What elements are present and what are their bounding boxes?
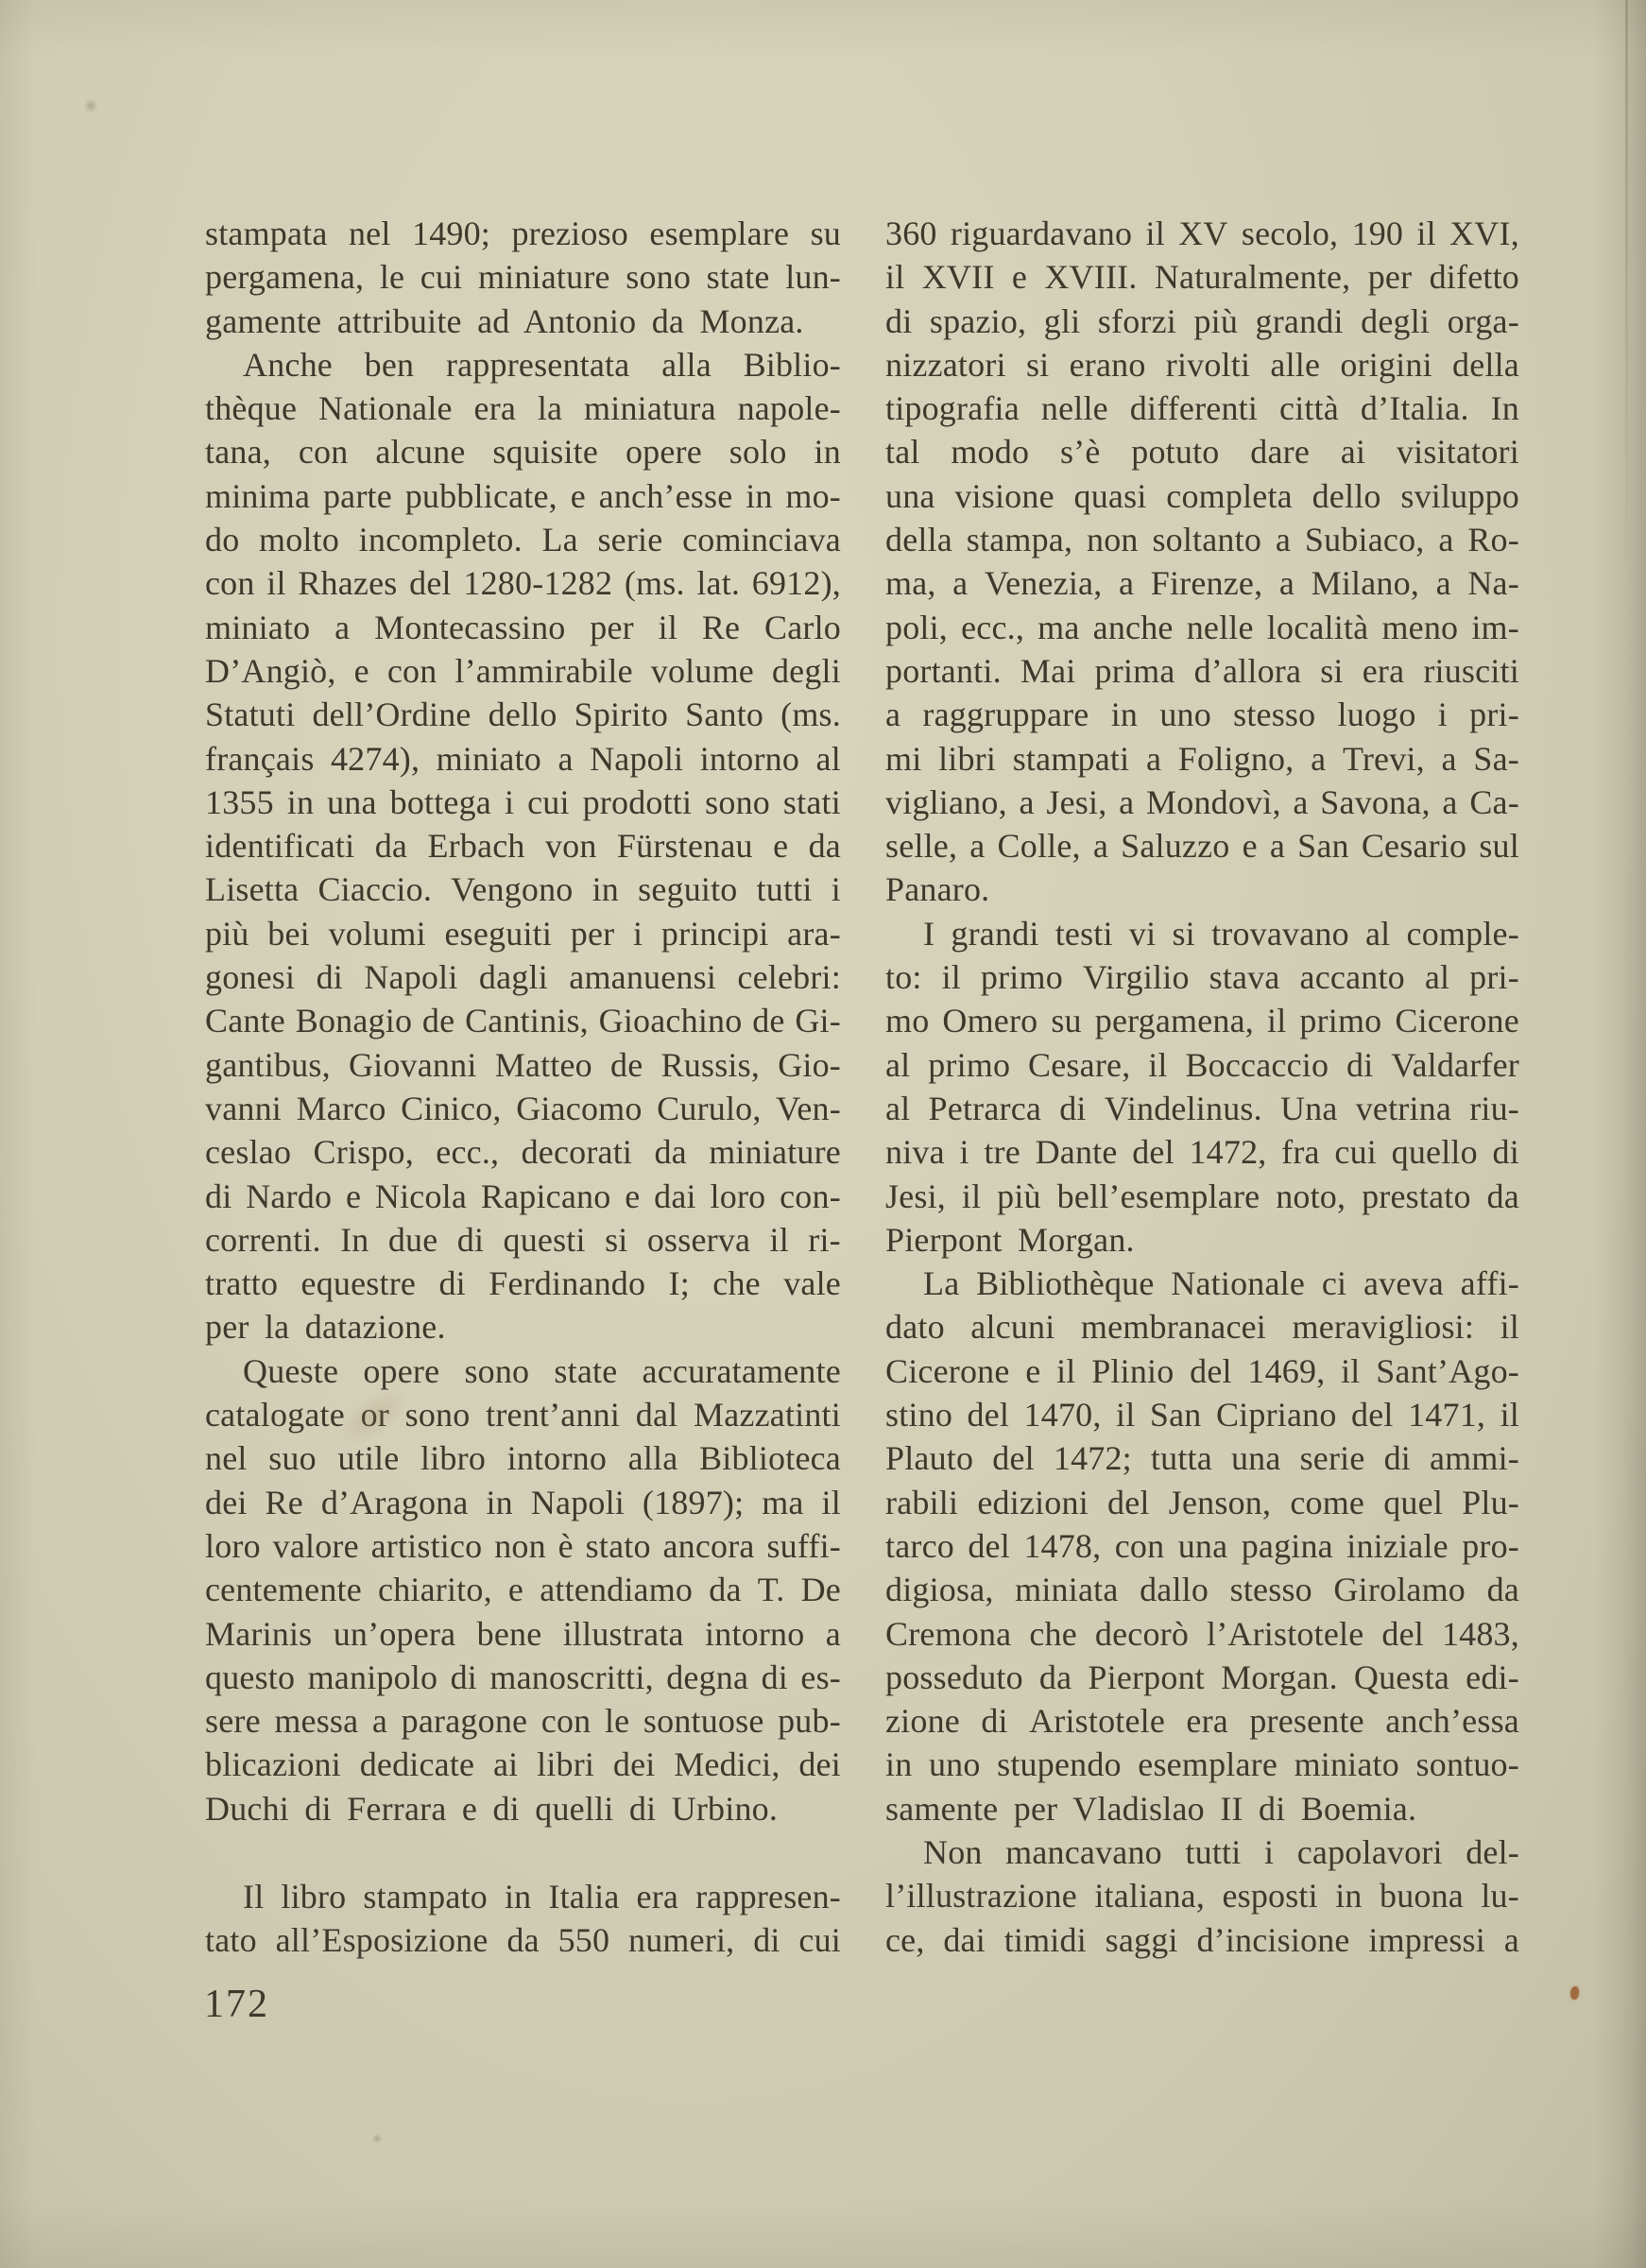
text-line: Marinisun’operabeneillustrataintornoa	[205, 1612, 841, 1656]
word: Firenze,	[1151, 561, 1263, 605]
word: valore	[273, 1524, 359, 1568]
book-page-photo: { "colors": { "paper": "#d4d0b8", "ink":…	[0, 0, 1646, 2268]
word: or	[361, 1393, 389, 1436]
word: serie	[597, 518, 662, 561]
word: dai	[943, 1918, 986, 1962]
word: in	[885, 1743, 912, 1786]
word: stati	[783, 781, 841, 824]
word: e	[773, 824, 788, 868]
word: i	[1264, 1830, 1274, 1874]
word: decorati	[522, 1130, 633, 1174]
word: pri-	[1469, 955, 1519, 999]
word: origini	[1340, 343, 1432, 387]
word: Cremona	[885, 1612, 1011, 1656]
word: Anche	[243, 343, 333, 387]
word: molto	[259, 518, 339, 561]
word: dello	[1312, 474, 1381, 518]
word: Montecassino	[374, 606, 565, 649]
word: ma	[1037, 606, 1079, 649]
word: dello	[489, 693, 557, 736]
word: il	[266, 561, 285, 605]
word: Cicerone	[885, 1349, 1010, 1393]
word: dei	[613, 1743, 656, 1786]
word: pub-	[778, 1699, 841, 1743]
word: suffi-	[766, 1524, 841, 1568]
word: libri	[938, 737, 996, 781]
word: ecc.,	[961, 606, 1024, 649]
word: Il	[243, 1875, 264, 1918]
word: di	[457, 1218, 484, 1262]
word: vale	[783, 1262, 841, 1305]
word: in	[592, 868, 619, 911]
word: del	[1190, 1349, 1232, 1393]
word: Fürstenau	[617, 824, 753, 868]
word: ma	[762, 1481, 803, 1524]
word: blicazioni	[205, 1743, 341, 1786]
text-line: ceslaoCrispo,ecc.,decoratidaminiature	[205, 1130, 841, 1174]
word: prezioso	[511, 212, 628, 255]
word: si	[605, 1218, 627, 1262]
word: 190	[1352, 212, 1404, 255]
word: vetrina	[1356, 1087, 1451, 1130]
word: 1483,	[1442, 1612, 1519, 1656]
word: stato	[586, 1524, 651, 1568]
text-line: digiosa,miniatadallostessoGirolamoda	[885, 1568, 1519, 1611]
word: Re	[266, 1481, 303, 1524]
word: 1280-1282	[463, 561, 612, 605]
word: stesso	[1230, 1568, 1312, 1611]
word: a	[1093, 824, 1108, 868]
text-line: 360riguardavanoilXVsecolo,190ilXVI,	[885, 212, 1519, 255]
word: principi	[661, 912, 769, 955]
word: alla	[661, 343, 712, 387]
word: ai	[1341, 430, 1365, 473]
word: Napoli	[590, 737, 683, 781]
paper-rust-speck	[1570, 1986, 1579, 2000]
word: da	[654, 1130, 686, 1174]
word: testi	[1055, 912, 1113, 955]
word: Spirito	[574, 693, 668, 736]
word: Subiaco,	[1305, 518, 1425, 561]
word: mo	[885, 999, 929, 1042]
word: centemente	[205, 1568, 362, 1611]
word: da	[506, 1918, 539, 1962]
word: Na-	[1467, 561, 1519, 605]
word: sono	[705, 781, 770, 824]
word: dei	[205, 1481, 248, 1524]
word: amanuensi	[569, 955, 716, 999]
text-line: correnti.Induediquestisiosservailri-	[205, 1218, 841, 1262]
word: in	[505, 1875, 531, 1918]
word: La	[541, 518, 577, 561]
word: digiosa,	[885, 1568, 994, 1611]
word: sul	[1479, 824, 1519, 868]
paper-speck	[372, 2134, 382, 2143]
word: visitatori	[1397, 430, 1519, 473]
word: e	[625, 1175, 640, 1218]
word: miniato	[1295, 1743, 1399, 1786]
word: de	[752, 999, 784, 1042]
word: stesso	[1233, 693, 1315, 736]
word: chiarito,	[378, 1568, 492, 1611]
word: per	[571, 912, 615, 955]
word: completa	[1166, 474, 1293, 518]
word: di	[1384, 1436, 1411, 1480]
text-column-left: stampatanel1490;preziosoesemplaresuperga…	[205, 212, 841, 1963]
word: stino	[885, 1393, 952, 1436]
word: di	[762, 1656, 788, 1699]
word: Giovanni	[349, 1043, 477, 1087]
word: Vindelinus.	[1105, 1087, 1262, 1130]
word: sono	[626, 255, 691, 299]
word: d’Italia.	[1361, 387, 1469, 430]
word: Mondovì,	[1146, 781, 1281, 824]
word: Nicola	[375, 1175, 467, 1218]
text-line: nizzatorisieranorivoltialleoriginidella	[885, 343, 1519, 387]
word: state	[554, 1349, 617, 1393]
word: d’allora	[1194, 649, 1302, 693]
word: i	[633, 912, 643, 955]
word: XVI,	[1449, 212, 1519, 255]
word: in	[746, 474, 772, 518]
word: 1478,	[1023, 1524, 1101, 1568]
word: da	[1487, 1175, 1519, 1218]
word: le	[380, 255, 404, 299]
word: a	[1119, 781, 1134, 824]
word: stampati	[1013, 737, 1130, 781]
word: esemplare	[1138, 1743, 1277, 1786]
word: 360	[885, 212, 937, 255]
word: ammi-	[1430, 1436, 1519, 1480]
text-line: vanniMarcoCinico,GiacomoCurulo,Ven-	[205, 1087, 841, 1130]
word: Marco	[297, 1087, 386, 1130]
word: Ven-	[776, 1087, 841, 1130]
word: intorno	[700, 737, 799, 781]
word: primo	[1299, 999, 1381, 1042]
word: secolo,	[1242, 212, 1338, 255]
word: erano	[1070, 343, 1146, 387]
word: Dante	[1036, 1130, 1118, 1174]
text-line: seremessaaparagoneconlesontuosepub-	[205, 1699, 841, 1743]
word: stupendo	[997, 1743, 1122, 1786]
word: grandi	[1256, 300, 1344, 343]
word: osserva	[647, 1218, 750, 1262]
word: degli	[1361, 300, 1430, 343]
word: numeri,	[628, 1918, 734, 1962]
text-line: Statutidell’OrdinedelloSpiritoSanto(ms.	[205, 693, 841, 736]
word: e	[1025, 1349, 1040, 1393]
word: il	[1416, 212, 1435, 255]
word: Queste	[243, 1349, 338, 1393]
word: Cinico,	[401, 1087, 501, 1130]
text-line: to:ilprimoVirgiliostavaaccantoalpri-	[885, 955, 1519, 999]
word: stampata	[205, 212, 328, 255]
word: da	[1487, 1568, 1519, 1611]
word: Valdarfer	[1391, 1043, 1519, 1087]
word: affi-	[1461, 1262, 1519, 1305]
word: le	[605, 1699, 629, 1743]
word: due	[388, 1218, 438, 1262]
word: di	[205, 1175, 231, 1218]
word: uno	[929, 1743, 981, 1786]
word: trent’anni	[486, 1393, 620, 1436]
word: potuto	[1131, 430, 1219, 473]
word: una	[327, 781, 377, 824]
word: meno	[1381, 606, 1458, 649]
text-line: moOmerosupergamena,ilprimoCicerone	[885, 999, 1519, 1042]
word: dei	[798, 1743, 841, 1786]
word: membranacei	[1081, 1305, 1266, 1349]
text-line: unavisionequasicompletadellosviluppo	[885, 474, 1519, 518]
word: il	[1146, 212, 1165, 255]
word: modo	[951, 430, 1029, 473]
word: tutta	[1151, 1436, 1212, 1480]
word: stampa,	[967, 518, 1072, 561]
word: eseguiti	[444, 912, 552, 955]
word: si	[1320, 649, 1343, 693]
word: miniature	[478, 255, 610, 299]
word: del-	[1466, 1830, 1519, 1874]
word: ancora	[662, 1524, 754, 1568]
word: Giacomo	[516, 1087, 642, 1130]
word: Pierpont	[1088, 1656, 1205, 1699]
word: i	[959, 1130, 969, 1174]
word: pro-	[1462, 1524, 1519, 1568]
text-line: Plautodel1472;tuttaunaseriediammi-	[885, 1436, 1519, 1480]
text-line: tarcodel1478,conunapaginainizialepro-	[885, 1524, 1519, 1568]
word: Jesi,	[885, 1175, 946, 1218]
word: 1472,	[1189, 1130, 1266, 1174]
word: mancavano	[1005, 1830, 1162, 1874]
word: 550	[558, 1918, 610, 1962]
word: in	[814, 430, 841, 473]
text-line: zionediAristoteleerapresenteanch’essa	[885, 1699, 1519, 1743]
word: s’è	[1060, 430, 1101, 473]
word: I	[923, 912, 934, 955]
word: di	[1493, 1130, 1519, 1174]
word: al	[816, 737, 841, 781]
text-line: Jesi,ilpiùbell’esemplarenoto,prestatoda	[885, 1175, 1519, 1218]
word: con	[541, 1699, 592, 1743]
word: Nationale	[1171, 1262, 1305, 1305]
word: Foligno,	[1178, 737, 1295, 781]
word: riusciti	[1423, 649, 1519, 693]
word: località	[1267, 606, 1369, 649]
word: (1897);	[643, 1481, 744, 1524]
word: di	[451, 1656, 477, 1699]
word: gantibus,	[205, 1043, 331, 1087]
word: ecc.,	[436, 1130, 499, 1174]
word: Milano,	[1312, 561, 1419, 605]
word: lun-	[785, 255, 841, 299]
word: tutti	[757, 868, 813, 911]
word: quello	[1392, 1130, 1478, 1174]
word: Virgilio	[1083, 955, 1190, 999]
text-line: CanteBonagiodeCantinis,GioachinodeGi-	[205, 999, 841, 1042]
word: Questa	[1354, 1656, 1449, 1699]
word: volume	[651, 649, 754, 693]
text-line: AnchebenrappresentataallaBiblio-	[205, 343, 841, 387]
word: messa	[274, 1699, 358, 1743]
word: da	[375, 824, 407, 868]
word: dallo	[1140, 1568, 1209, 1611]
word: in	[1111, 693, 1138, 736]
word: al	[1365, 912, 1390, 955]
word: to:	[885, 955, 922, 999]
word: Cipriano	[1216, 1393, 1337, 1436]
word: in	[486, 1481, 512, 1524]
text-line: poli,ecc.,maanchenellelocalitàmenoim-	[885, 606, 1519, 649]
word: artistico	[371, 1524, 483, 1568]
word: illustrata	[563, 1612, 684, 1656]
word: era	[637, 1875, 679, 1918]
word: miniata	[1015, 1568, 1118, 1611]
word: a	[557, 737, 573, 781]
word: esemplare	[649, 212, 789, 255]
word: cui	[527, 781, 570, 824]
word: non	[1087, 518, 1139, 561]
word: incompleto.	[359, 518, 523, 561]
word: Matteo	[495, 1043, 592, 1087]
word: a	[1436, 561, 1451, 605]
text-line: Pierpont Morgan.	[885, 1218, 1519, 1262]
word: grandi	[951, 912, 1038, 955]
word: XVIII.	[1044, 255, 1137, 299]
word: e	[508, 1568, 523, 1611]
word: sono	[464, 1349, 529, 1393]
word: Jesi,	[1046, 781, 1106, 824]
word: orga-	[1448, 300, 1519, 343]
word: squisite	[492, 430, 598, 473]
word: sviluppo	[1400, 474, 1519, 518]
word: Marinis	[205, 1612, 312, 1656]
word: questo	[205, 1656, 295, 1699]
word: nelle	[1187, 606, 1254, 649]
word: Cesario	[1362, 824, 1466, 868]
word: del	[1351, 1393, 1394, 1436]
word: San	[1150, 1393, 1202, 1436]
word: uno	[1159, 693, 1211, 736]
word: Statuti	[205, 693, 295, 736]
word: che	[712, 1262, 761, 1305]
word: loro	[205, 1524, 261, 1568]
word: Nationale	[318, 387, 453, 430]
word: di	[1059, 1087, 1086, 1130]
text-line: questomanipolodimanoscritti,degnadies-	[205, 1656, 841, 1699]
word: In	[340, 1218, 369, 1262]
word: il	[770, 1218, 789, 1262]
word: dagli	[479, 955, 548, 999]
text-line: centementechiarito,eattendiamodaT.De	[205, 1568, 841, 1611]
word: il	[942, 955, 961, 999]
word: ara-	[787, 912, 841, 955]
word: della	[1452, 343, 1519, 387]
word: Omero	[942, 999, 1037, 1042]
word: do	[205, 518, 239, 561]
text-line: alprimoCesare,ilBoccacciodiValdarfer	[885, 1043, 1519, 1087]
word: prodotti	[583, 781, 693, 824]
word: pri-	[1469, 693, 1519, 736]
word: Trevi,	[1343, 737, 1425, 781]
word: 1472;	[1054, 1436, 1132, 1480]
text-line: diNardoeNicolaRapicanoedailorocon-	[205, 1175, 841, 1218]
word: una	[1178, 1524, 1228, 1568]
word: pergamena,	[1095, 999, 1254, 1042]
word: intorno	[705, 1612, 804, 1656]
word: dai	[654, 1175, 696, 1218]
word: libro	[420, 1436, 486, 1480]
word: come	[1290, 1481, 1364, 1524]
word: vi	[1129, 912, 1156, 955]
word: pergamena,	[205, 255, 364, 299]
word: libro	[281, 1875, 346, 1918]
word: il	[659, 606, 677, 649]
text-line: portanti.Maiprimad’allorasierariusciti	[885, 649, 1519, 693]
word: rappresen-	[695, 1875, 841, 1918]
word: presente	[1249, 1699, 1364, 1743]
paper-speck	[83, 98, 98, 113]
word: attendiamo	[540, 1568, 693, 1611]
text-line: dispazio,glisforzipiùgrandidegliorga-	[885, 300, 1519, 343]
word: ce,	[885, 1918, 925, 1962]
word: il	[1267, 999, 1286, 1042]
word: 6912),	[752, 561, 841, 605]
text-line: ilXVIIeXVIII.Naturalmente,perdifetto	[885, 255, 1519, 299]
word: più	[1193, 300, 1238, 343]
word: di	[885, 300, 912, 343]
word: Savona,	[1320, 781, 1430, 824]
word: dal	[636, 1393, 678, 1436]
word: rivolti	[1166, 343, 1250, 387]
word: Cicerone	[1395, 999, 1519, 1042]
word: visione	[954, 474, 1054, 518]
word: a	[334, 606, 350, 649]
word: ma,	[885, 561, 936, 605]
text-line: Duchi di Ferrara e di quelli di Urbino.	[205, 1787, 841, 1830]
text-line: selle,aColle,aSaluzzoeaSanCesariosul	[885, 824, 1519, 868]
word: dare	[1250, 430, 1310, 473]
word: Erbach	[427, 824, 524, 868]
word: miniature	[709, 1130, 841, 1174]
word: solo	[729, 430, 787, 473]
word: sforzi	[1098, 300, 1176, 343]
word: saggi	[1106, 1918, 1178, 1962]
text-line: minimapartepubblicate,eanch’esseinmo-	[205, 474, 841, 518]
word: edizioni	[977, 1481, 1089, 1524]
word: il	[1341, 1349, 1360, 1393]
word: suo	[268, 1436, 317, 1480]
word: tato	[205, 1918, 257, 1962]
word: identificati	[205, 824, 354, 868]
word: a	[885, 693, 900, 736]
word: cui	[798, 1918, 841, 1962]
word: Lisetta	[205, 868, 299, 911]
text-line: rabiliedizionidelJenson,comequelPlu-	[885, 1481, 1519, 1524]
word: Carlo	[764, 606, 841, 649]
word: d’incisione	[1196, 1918, 1349, 1962]
text-line: ce,daitimidisaggid’incisioneimpressia	[885, 1918, 1519, 1962]
word: i	[832, 868, 841, 911]
text-line: LisettaCiaccio.Vengonoinseguitotuttii	[205, 868, 841, 911]
word: la	[538, 387, 562, 430]
page-edge-crease	[1625, 0, 1628, 567]
word: Napoli	[531, 1481, 625, 1524]
text-line: conilRhazesdel1280-1282(ms.lat.6912),	[205, 561, 841, 605]
word: degli	[772, 649, 841, 693]
text-line: milibristampatiaFoligno,aTrevi,aSa-	[885, 737, 1519, 781]
word: paragone	[402, 1699, 528, 1743]
word: è	[558, 1524, 574, 1568]
